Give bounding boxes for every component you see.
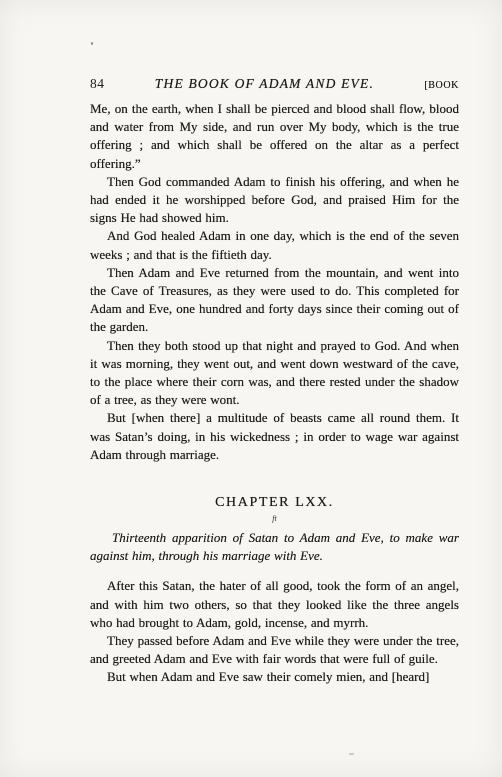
- paragraph: Then they both stood up that night and p…: [90, 337, 459, 410]
- paragraph: Then God commanded Adam to finish his of…: [90, 173, 459, 228]
- book-page-scan: 84 THE BOOK OF ADAM AND EVE. [BOOK Me, o…: [0, 0, 502, 777]
- signature-corner-label: [BOOK: [424, 80, 459, 91]
- chapter-subtitle: Thirteenth apparition of Satan to Adam a…: [90, 529, 459, 565]
- paragraph: Me, on the earth, when I shall be pierce…: [90, 100, 459, 173]
- page-content: 84 THE BOOK OF ADAM AND EVE. [BOOK Me, o…: [90, 76, 459, 687]
- body-text-before-chapter: Me, on the earth, when I shall be pierce…: [90, 100, 459, 464]
- chapter-heading: CHAPTER LXX.: [90, 495, 459, 511]
- paragraph: And God healed Adam in one day, which is…: [90, 227, 459, 263]
- running-head: 84 THE BOOK OF ADAM AND EVE. [BOOK: [90, 76, 459, 92]
- running-title: THE BOOK OF ADAM AND EVE.: [105, 76, 425, 92]
- ornament-mark: ft: [90, 514, 459, 523]
- body-text-after-chapter: After this Satan, the hater of all good,…: [90, 577, 459, 686]
- paragraph: But when Adam and Eve saw their comely m…: [90, 668, 459, 686]
- paragraph: Then Adam and Eve returned from the moun…: [90, 264, 459, 337]
- paragraph: After this Satan, the hater of all good,…: [90, 577, 459, 632]
- paragraph: They passed before Adam and Eve while th…: [90, 632, 459, 668]
- scan-artifact-dot: [91, 42, 93, 45]
- scan-artifact-mark: [349, 753, 354, 755]
- page-number: 84: [90, 76, 105, 92]
- paragraph: But [when there] a multitude of beasts c…: [90, 409, 459, 464]
